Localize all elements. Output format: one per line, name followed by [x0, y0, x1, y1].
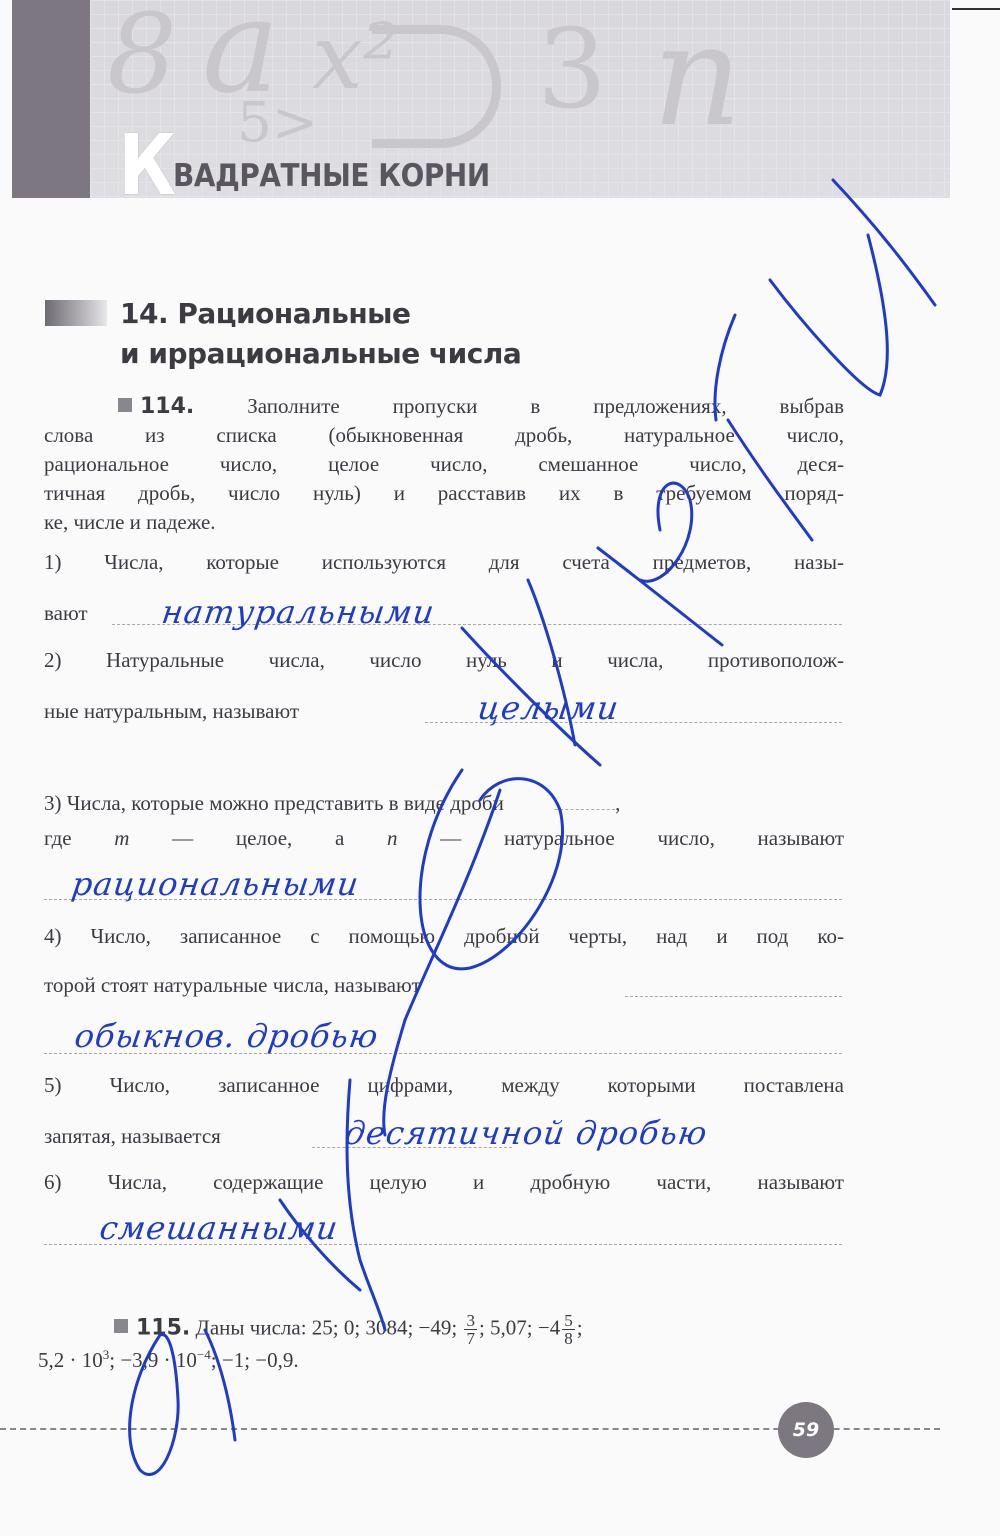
var-n: n	[387, 826, 398, 850]
item-6-text: 6) Числа, содержащие целую и дробную час…	[44, 1168, 844, 1197]
text: где	[44, 826, 72, 850]
decor-glyph: 8	[107, 0, 177, 118]
handwritten-answer-4: обыкнов. дробью	[72, 1018, 380, 1054]
banner-dark-block	[12, 0, 90, 198]
section-marker	[45, 300, 107, 326]
task-text: Заполните пропуски в предложениях, выбра…	[247, 394, 844, 418]
section-title: 14. Рациональные и иррациональные числа	[120, 294, 521, 374]
task-text: 5,2 · 10	[38, 1348, 103, 1372]
text: — натуральное число, называют	[440, 826, 844, 850]
page-number: 59	[793, 1419, 819, 1441]
task-text: Даны числа: 25; 0; 3084; −49;	[196, 1315, 458, 1339]
section-title-line2: и иррациональные числа	[120, 334, 521, 374]
text: — целое, а	[172, 826, 344, 850]
item-3-line1: 3) Числа, которые можно представить в ви…	[44, 791, 504, 815]
page-number-badge: 59	[778, 1402, 834, 1458]
item-3-text: 3) Числа, которые можно представить в ви…	[44, 789, 844, 818]
task-marker-icon	[118, 398, 132, 412]
task-text-line: слова из списка (обыкновенная дробь, нат…	[44, 421, 844, 450]
numerator: 5	[562, 1312, 575, 1330]
decor-glyph: 3	[537, 5, 607, 133]
workbook-page: 8 a x² 5> 3 n К ВАДРАТНЫЕ КОРНИ 14. Раци…	[0, 0, 1000, 1536]
task-number: 115.	[136, 1315, 190, 1340]
handwritten-answer-2: целыми	[475, 690, 621, 726]
page-edge-mark	[952, 8, 1000, 10]
item-4-text: 4) Число, записанное с помощью дробной ч…	[44, 922, 844, 951]
task-text: ; −1; −0,9.	[211, 1348, 299, 1372]
task-marker-icon	[114, 1319, 128, 1333]
task-text: ;	[577, 1315, 583, 1339]
task-114-intro: 114. Заполните пропуски в предложениях, …	[44, 392, 844, 421]
item-2-text: 2) Натуральные числа, число нуль и числа…	[44, 646, 844, 675]
item-5-text: 5) Число, записанное цифрами, между кото…	[44, 1071, 844, 1100]
fraction-blank[interactable]	[555, 809, 615, 810]
task-text-line: ке, числе и падеже.	[44, 508, 844, 537]
handwritten-answer-5: десятичной дробью	[342, 1115, 710, 1151]
task-text-line: рациональное число, целое число, смешанн…	[44, 450, 844, 479]
numerator: 3	[464, 1312, 477, 1330]
item-3-text-cont: где m — целое, а n — натуральное число, …	[44, 824, 844, 853]
item-1-text: 1) Числа, которые используются для счета…	[44, 548, 844, 577]
chapter-title: К ВАДРАТНЫЕ КОРНИ	[118, 130, 525, 200]
section-title-line1: 14. Рациональные	[120, 294, 521, 334]
var-m: m	[114, 826, 129, 850]
handwritten-answer-1: натуральными	[159, 594, 437, 630]
punct: ,	[615, 791, 620, 815]
task-number: 114.	[140, 394, 194, 419]
chapter-title-rest: ВАДРАТНЫЕ КОРНИ	[173, 158, 490, 194]
task-text: ; 5,07; −4	[479, 1315, 560, 1339]
task-text: ; −3,9 · 10	[109, 1348, 197, 1372]
chapter-initial: К	[118, 130, 173, 200]
handwritten-scribble	[0, 0, 1000, 1536]
exponent: −4	[197, 1347, 211, 1362]
handwritten-answer-6: смешанными	[97, 1210, 340, 1246]
task-text-line: тичная дробь, число нуль) и расставив их…	[44, 479, 844, 508]
task-115-cont: 5,2 · 103; −3,9 · 10−4; −1; −0,9.	[38, 1340, 838, 1375]
handwritten-answer-3: рациональными	[69, 866, 361, 902]
answer-blank-4a[interactable]	[625, 996, 842, 997]
decor-glyph: n	[652, 0, 742, 158]
